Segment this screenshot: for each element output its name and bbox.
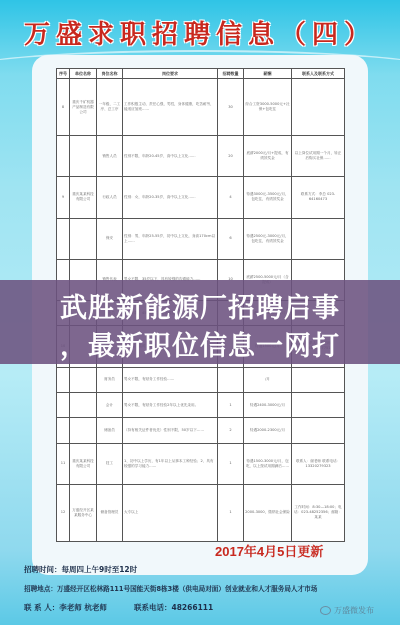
cell-contact: 联系人：谢老师 联系电话：13320279323 (292, 443, 345, 484)
cell-req: 1、初中以上学历，有1年以上从事本工种经验；2、具有较强的学习能力…… (123, 443, 218, 484)
cell-no: 12 (57, 484, 70, 541)
cell-contact: 以上岗位试用期一个月，转正后购买社保…… (292, 136, 345, 177)
cell-position: 会计 (97, 392, 123, 417)
cell-company: 重庆某某科技有限公司 (70, 443, 97, 484)
cell-req: 性别：女，年龄20-35岁，高中以上文化…… (123, 177, 218, 218)
cell-company: 重庆千矿机器产品制造有限公司 (70, 79, 97, 136)
cell-company (70, 418, 97, 443)
cell-no: 9 (57, 177, 70, 218)
cell-req: 大专以上 (123, 484, 218, 541)
cell-no (57, 218, 70, 259)
table-row: 销售人员性别不限，年龄20-45岁，高中以上文化……20底薪2000元/月+提成… (57, 136, 345, 177)
table-row: 8重庆千矿机器产品制造有限公司一年级、二工序、总工序工作积极主动，责任心强，男性… (57, 79, 345, 136)
cell-position: 储备管理员 (97, 484, 123, 541)
cell-no (57, 392, 70, 417)
cell-count: 30 (218, 79, 244, 136)
cell-contact (292, 392, 345, 417)
cell-company (70, 218, 97, 259)
cell-position: 行政人员 (97, 177, 123, 218)
table-header-row: 序号 单位名称 岗位名称 岗位要求 招聘数量 薪酬 联系人及联系方式 (57, 69, 345, 79)
cell-req: 性别不限，年龄20-45岁，高中以上文化…… (123, 136, 218, 177)
contact-phone: 联系电话：48266111 (134, 602, 213, 613)
header-salary: 薪酬 (244, 69, 292, 79)
table-row: 11重庆某某科技有限公司技工1、初中以上学历，有1年以上从事本工种经验；2、具有… (57, 443, 345, 484)
cell-salary: 待遇1500-3000元/月，包吃，以上按试用期满后…… (244, 443, 292, 484)
cell-position: 一年级、二工序、总工序 (97, 79, 123, 136)
cell-no (57, 418, 70, 443)
cell-req: 男女不限，有财务工作经验2年以上优先录用。 (123, 392, 218, 417)
header-company: 单位名称 (70, 69, 97, 79)
cell-contact (292, 367, 345, 392)
cell-req: 工作积极主动，责任心强，男性，身体健康，吃苦耐劳，能适应加班…… (123, 79, 218, 136)
cell-salary: 待遇2000-2300元/月 (244, 418, 292, 443)
header-position: 岗位名称 (97, 69, 123, 79)
cell-contact: 联系方式：李总 023-64160473 (292, 177, 345, 218)
header-no: 序号 (57, 69, 70, 79)
watermark: 万盛微发布 (320, 605, 374, 616)
cell-company: 万盛经开区某某服务中心 (70, 484, 97, 541)
cell-company (70, 367, 97, 392)
cell-count: 1 (218, 392, 244, 417)
cell-position: 储备员 (97, 418, 123, 443)
cell-req: 男女不限，有财务工作经验…… (123, 367, 218, 392)
cell-salary: 待遇3000元-3500元/月，包吃住，有绩效奖金 (244, 177, 292, 218)
header-contact: 联系人及联系方式 (292, 69, 345, 79)
cell-salary: 综合工资3000-5000元+社保+包吃住 (244, 79, 292, 136)
cell-no (57, 136, 70, 177)
cell-position: 技工 (97, 443, 123, 484)
table-row: 储备员（持有相关证件者优先）性别不限，50岁以下……2待遇2000-2300元/… (57, 418, 345, 443)
cell-company: 重庆某某科技有限公司 (70, 177, 97, 218)
contact-person: 联 系 人：李老师 杭老师 (24, 602, 107, 613)
cell-salary: 底薪2000元/月+提成，有绩效奖金 (244, 136, 292, 177)
cell-count: 2 (218, 418, 244, 443)
cell-count: 1 (218, 443, 244, 484)
table-row: 9重庆某某科技有限公司行政人员性别：女，年龄20-35岁，高中以上文化……4待遇… (57, 177, 345, 218)
cell-company (70, 392, 97, 417)
header-count: 招聘数量 (218, 69, 244, 79)
cell-req: （持有相关证件者优先）性别不限，50岁以下…… (123, 418, 218, 443)
cell-count: 4 (218, 177, 244, 218)
cell-contact (292, 79, 345, 136)
wechat-icon (320, 606, 331, 615)
cell-count: 6 (218, 218, 244, 259)
cell-salary: 待遇2500元-3000元/月，包吃住，有绩效奖金 (244, 218, 292, 259)
cell-no (57, 367, 70, 392)
recruit-place: 招聘地点：万盛经开区松林路111号国能天街8栋3楼（供电局对面）创业就业和人才服… (24, 583, 317, 593)
cell-salary: /月 (244, 367, 292, 392)
cell-count (218, 367, 244, 392)
recruit-time: 招聘时间：每周四上午9时至12时 (24, 564, 137, 575)
updated-date: 2017年4月5日更新 (215, 541, 323, 560)
table-row: 12万盛经开区某某服务中心储备管理员大专以上12000-3000，缴纳社会保险工… (57, 484, 345, 541)
cell-contact: 工作时间：8:30—18:00；电话：023-48252356；邮箱：某某 (292, 484, 345, 541)
cell-salary: 2000-3000，缴纳社会保险 (244, 484, 292, 541)
header-requirements: 岗位要求 (123, 69, 218, 79)
table-row: 会计男女不限，有财务工作经验2年以上优先录用。1待遇2400-3000元/月 (57, 392, 345, 417)
cell-count: 20 (218, 136, 244, 177)
headline-line-1: 武胜新能源厂招聘启事 (0, 286, 400, 325)
headline-line-2: ，最新职位信息一网打 (0, 324, 400, 363)
watermark-text: 万盛微发布 (334, 605, 374, 616)
cell-salary: 待遇2400-3000元/月 (244, 392, 292, 417)
cell-position: 销售人员 (97, 136, 123, 177)
cell-count: 1 (218, 484, 244, 541)
cell-no: 11 (57, 443, 70, 484)
poster-title: 万盛求职招聘信息（四） (0, 14, 400, 51)
headline-overlay: 武胜新能源厂招聘启事 ，最新职位信息一网打 (0, 280, 400, 364)
cell-contact (292, 418, 345, 443)
cell-req: 性别：男，年龄25-55岁，初中以上文化，身高170cm以上…… (123, 218, 218, 259)
cell-position: 保安 (97, 218, 123, 259)
cell-no: 8 (57, 79, 70, 136)
table-row: 财务员男女不限，有财务工作经验……/月 (57, 367, 345, 392)
cell-contact (292, 218, 345, 259)
cell-position: 财务员 (97, 367, 123, 392)
cell-company (70, 136, 97, 177)
table-row: 保安性别：男，年龄25-55岁，初中以上文化，身高170cm以上……6待遇250… (57, 218, 345, 259)
